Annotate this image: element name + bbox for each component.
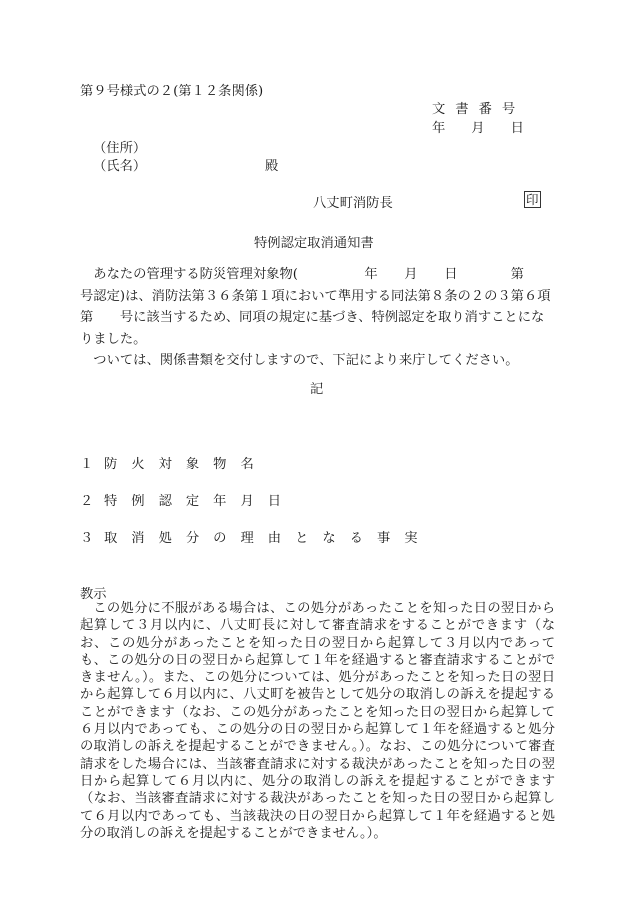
body-paragraph-2: ついては、関係書類を交付しますので、下記により来庁してください。 bbox=[80, 350, 555, 372]
item-label: 防火対象物名 bbox=[104, 457, 268, 472]
document-title: 特例認定取消通知書 bbox=[254, 232, 374, 251]
notice-text: この処分に不服がある場合は、この処分があったことを知った日の翌日から起算して３月… bbox=[80, 600, 555, 842]
item-revocation-reason: ３取消処分の理由となる事実 bbox=[80, 527, 432, 546]
document-date: 年月日 bbox=[432, 117, 524, 136]
body-text: あなたの管理する防災管理対象物( 年 月 日 第 号認定)は、消防法第３６条第１… bbox=[80, 264, 555, 372]
form-id: 第９号様式の２(第１２条関係) bbox=[80, 80, 263, 99]
item-number: １ bbox=[80, 453, 104, 472]
item-label: 取消処分の理由となる事実 bbox=[104, 531, 432, 546]
name-label: （氏名） bbox=[93, 155, 146, 174]
ki-heading: 記 bbox=[310, 378, 323, 397]
date-month: 月 bbox=[471, 117, 484, 136]
document-number-label: 文書番号 bbox=[432, 98, 525, 117]
body-paragraph-1: あなたの管理する防災管理対象物( 年 月 日 第 号認定)は、消防法第３６条第１… bbox=[80, 264, 555, 350]
item-certification-date: ２特例認定年月日 bbox=[80, 490, 295, 509]
seal-icon: 印 bbox=[524, 191, 541, 208]
item-label: 特例認定年月日 bbox=[104, 494, 295, 509]
issuer: 八丈町消防長 bbox=[313, 192, 393, 211]
honorific: 殿 bbox=[265, 155, 278, 174]
item-number: ３ bbox=[80, 527, 104, 546]
address-label: （住所） bbox=[93, 137, 146, 156]
item-facility-name: １防火対象物名 bbox=[80, 453, 268, 472]
date-year: 年 bbox=[432, 117, 445, 136]
item-number: ２ bbox=[80, 490, 104, 509]
date-day: 日 bbox=[511, 117, 524, 136]
